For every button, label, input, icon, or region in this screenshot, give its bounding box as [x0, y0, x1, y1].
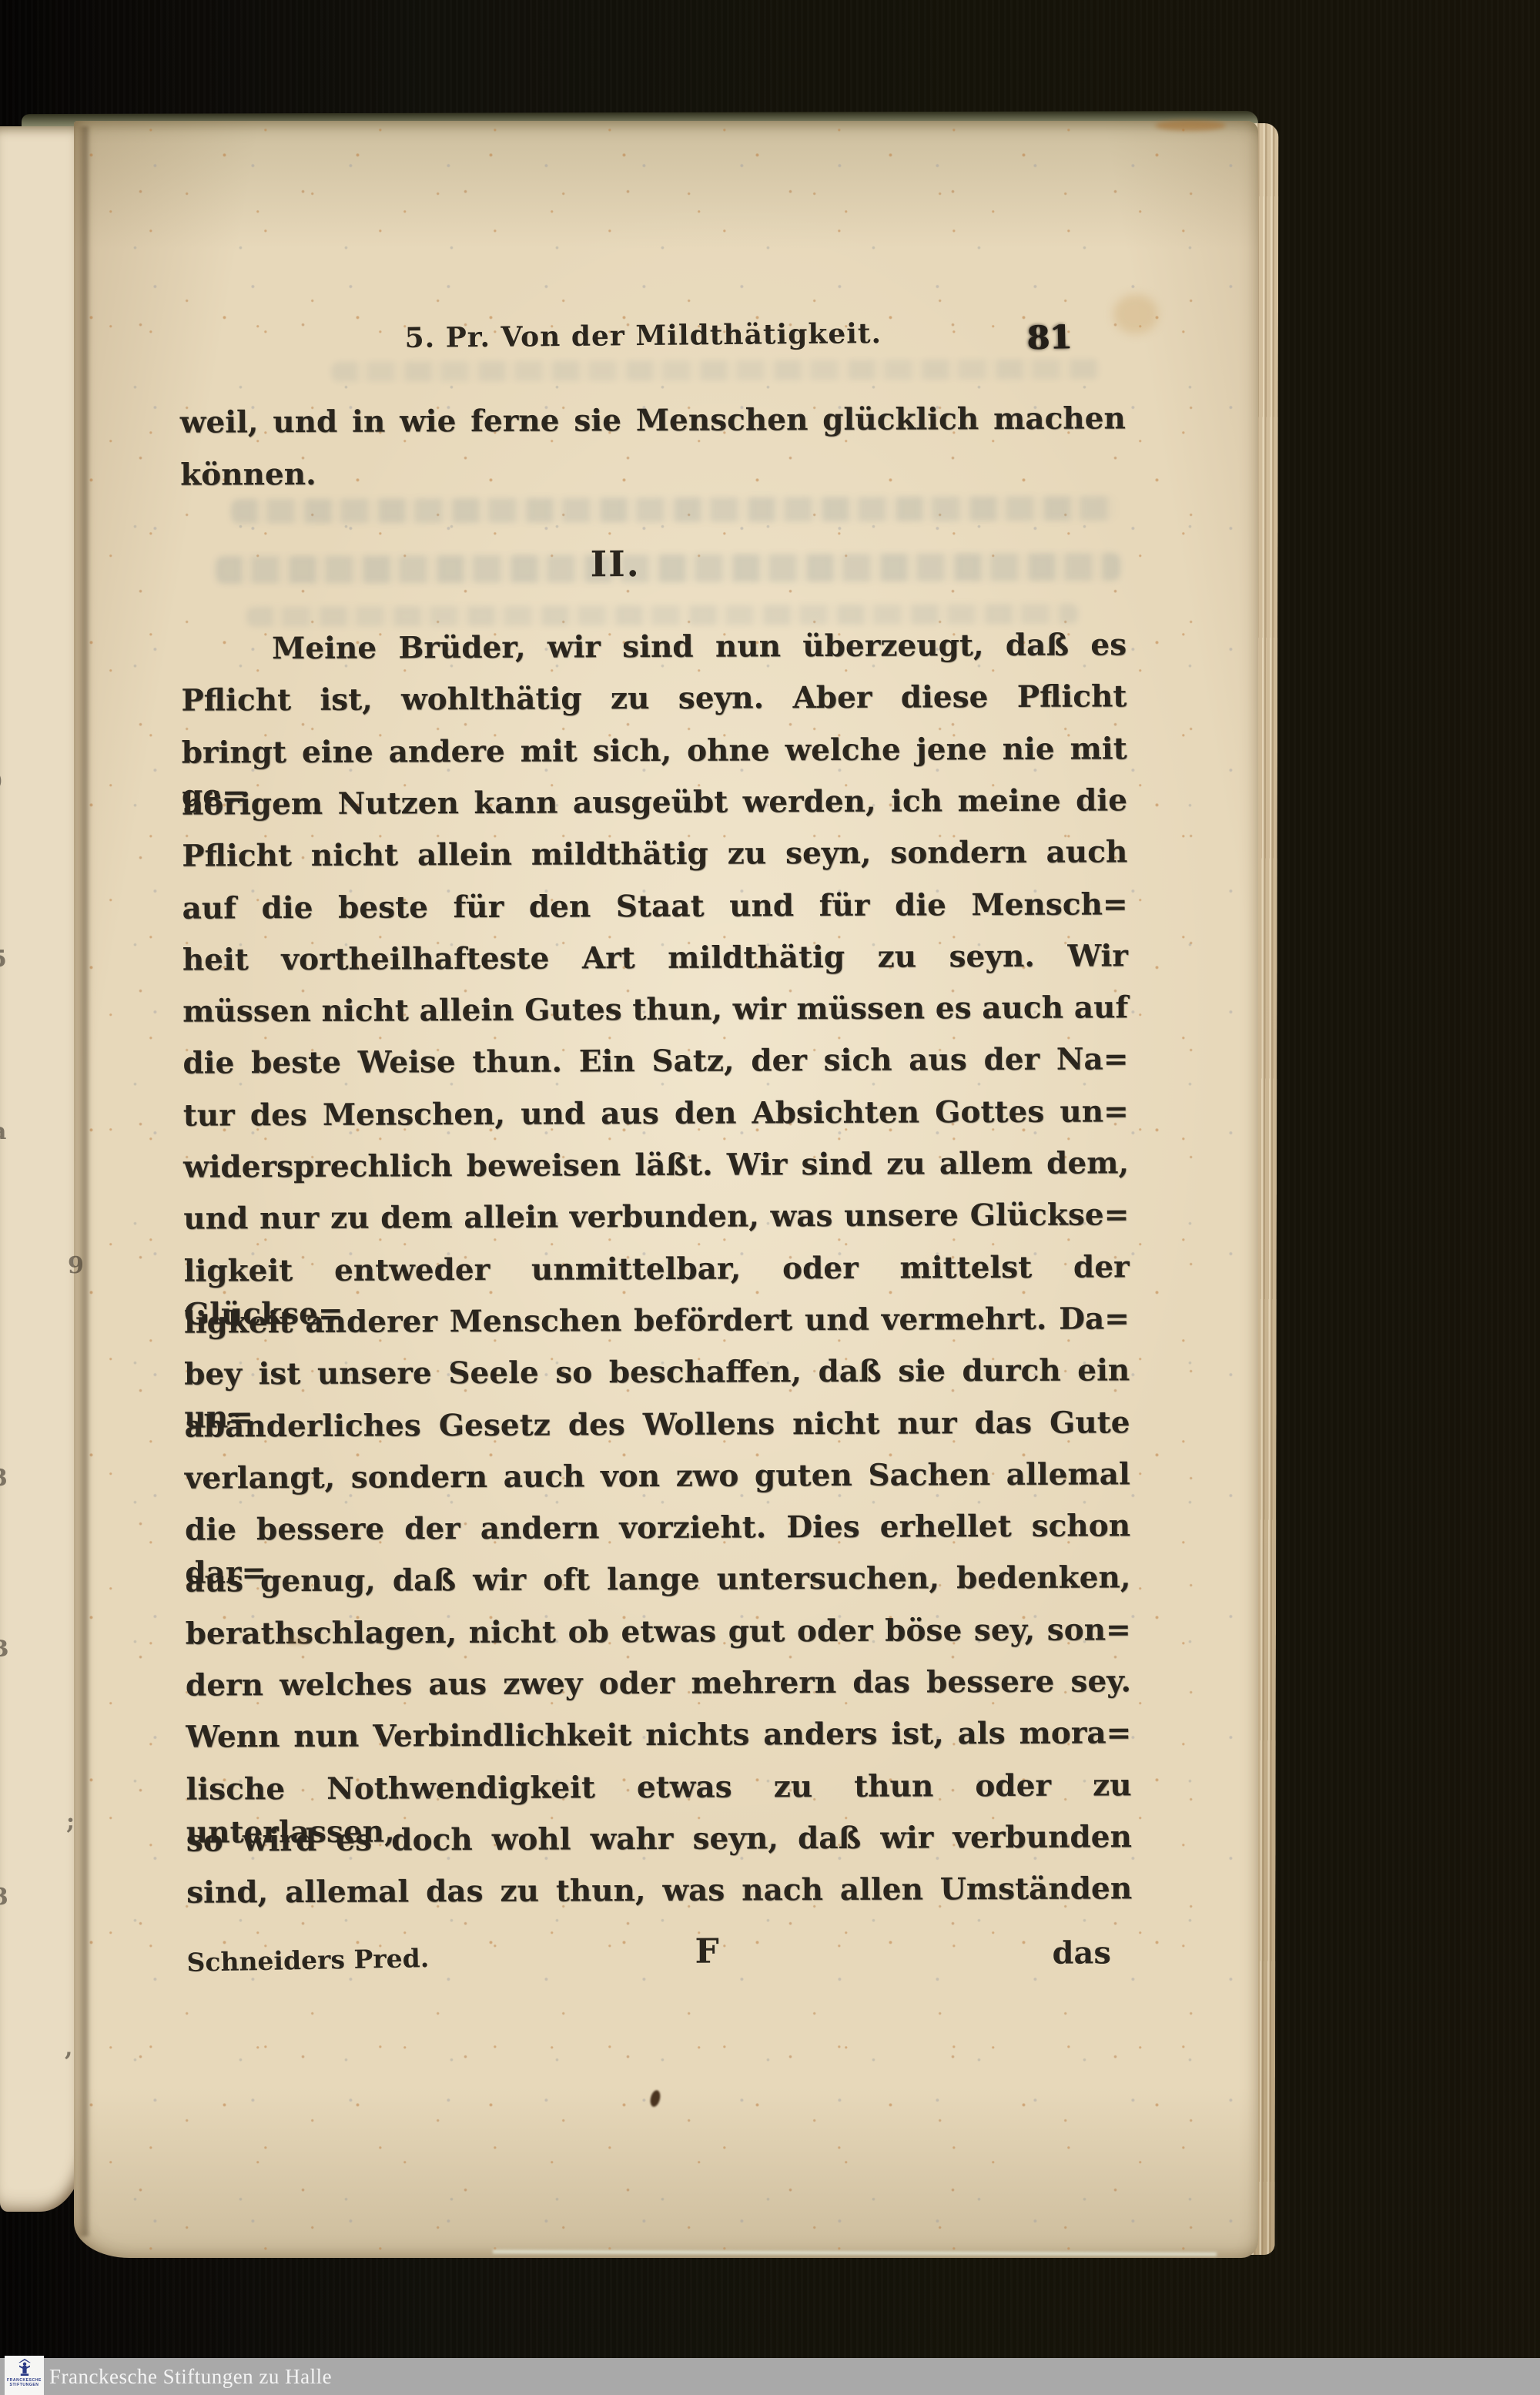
margin-ink-fragment: ,	[65, 2035, 72, 2062]
margin-ink-fragment: 3	[0, 1884, 8, 1911]
margin-ink-fragment: '	[0, 1971, 1, 1998]
margin-ink-fragment: a	[0, 1118, 6, 1145]
margin-ink-fragments: t)5;a'9(3'B/;3',	[0, 0, 1540, 2395]
francke-statue-icon	[12, 2358, 38, 2378]
margin-ink-fragment: )	[0, 767, 3, 794]
watermark-institution-name: Franckesche Stiftungen zu Halle	[49, 2358, 332, 2395]
margin-ink-fragment: B	[0, 1636, 8, 1663]
margin-ink-fragment: ;	[66, 1808, 75, 1835]
margin-ink-fragment: 3	[0, 1465, 8, 1492]
scanned-book-page-photo: 5. Pr. Von der Mildthätigkeit. 81 weil, …	[0, 0, 1540, 2395]
franckesche-stiftungen-logo: FRANCKESCHE STIFTUNGEN	[5, 2356, 44, 2395]
logo-caption-line2: STIFTUNGEN	[10, 2383, 39, 2387]
margin-ink-fragment: (	[0, 1320, 1, 1347]
margin-ink-fragment: '	[0, 1206, 1, 1233]
margin-ink-fragment: 9	[68, 1252, 84, 1279]
margin-ink-fragment: 5	[0, 946, 7, 973]
watermark-bar: FRANCKESCHE STIFTUNGEN Franckesche Stift…	[0, 2358, 1540, 2395]
